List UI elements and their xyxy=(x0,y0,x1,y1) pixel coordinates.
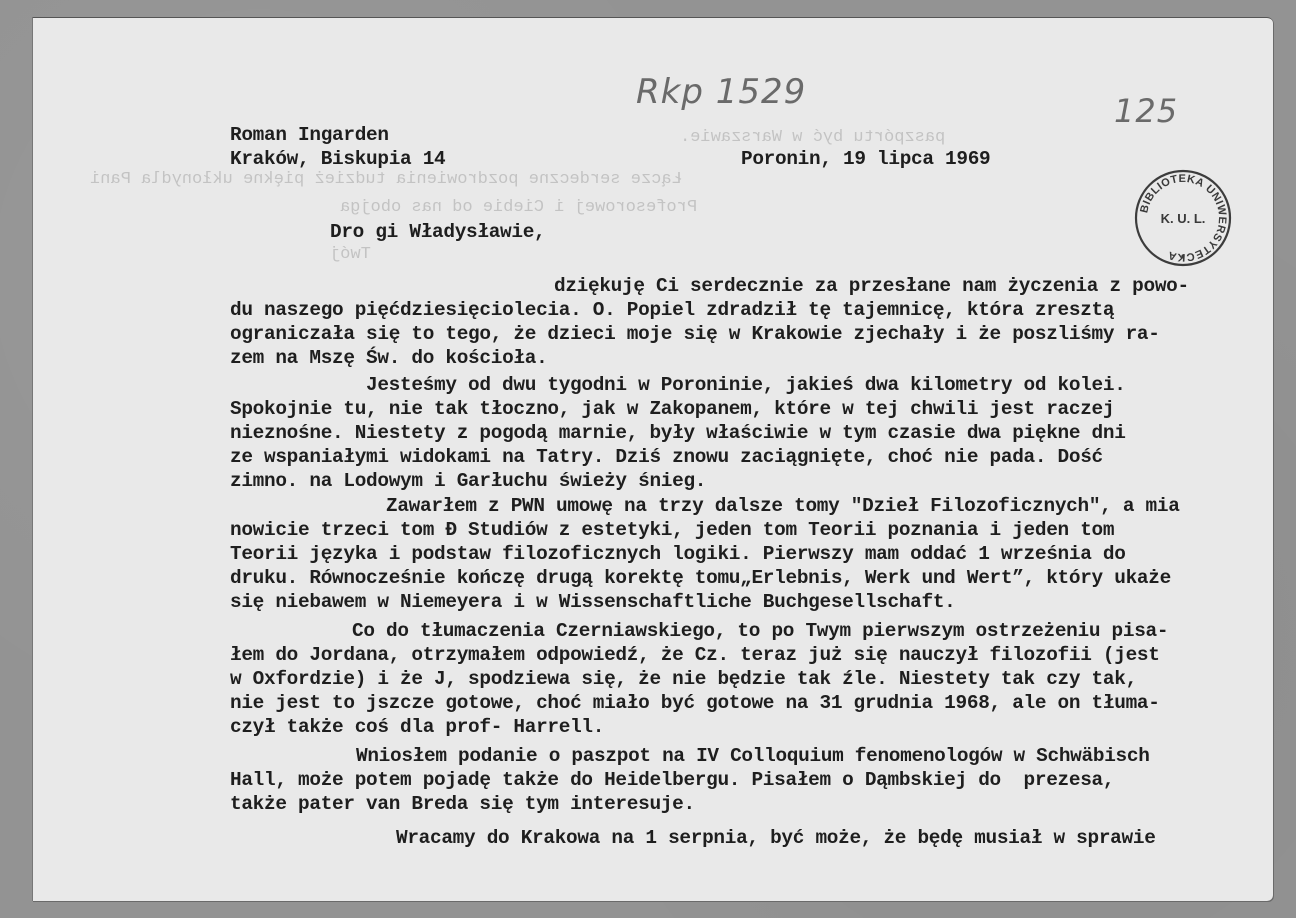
sender-address: Kraków, Biskupia 14 xyxy=(230,147,445,171)
body-line: nieznośne. Niestety z pogodą marnie, był… xyxy=(230,421,1126,445)
body-line: dziękuję Ci serdecznie za przesłane nam … xyxy=(554,274,1189,298)
bleed-through-line: Profesorowej i Ciebie od nas obojga xyxy=(340,198,697,217)
body-line: zimno. na Lodowym i Garłuchu świeży śnie… xyxy=(230,469,706,493)
body-line: nowicie trzeci tom Ð Studiów z estetyki,… xyxy=(230,518,1114,542)
stamp-seal-icon: BIBLIOTEKA UNIWERSYTECKA K. U. L. xyxy=(1133,168,1233,268)
body-line: nie jest to jszcze gotowe, choć miało by… xyxy=(230,691,1160,715)
archive-page-number: 125 xyxy=(1114,92,1178,130)
body-line: druku. Równocześnie kończę drugą korektę… xyxy=(230,566,1171,590)
body-line: Hall, może potem pojadę także do Heidelb… xyxy=(230,768,1114,792)
body-line: Jesteśmy od dwu tygodni w Poroninie, jak… xyxy=(366,373,1126,397)
place-date: Poronin, 19 lipca 1969 xyxy=(741,147,990,171)
body-line: Wniosłem podanie o paszpot na IV Colloqu… xyxy=(356,744,1150,768)
svg-text:K. U. L.: K. U. L. xyxy=(1161,211,1206,226)
bleed-through-line: Łącze serdeczne pozdrowienia tudzież pię… xyxy=(90,170,682,189)
body-line: w Oxfordzie) i że J, spodziewa się, że n… xyxy=(230,667,1137,691)
body-line: Zawarłem z PWN umowę na trzy dalsze tomy… xyxy=(386,494,1180,518)
body-line: także pater van Breda się tym interesuje… xyxy=(230,792,695,816)
salutation: Dro gi Władysławie, xyxy=(330,220,545,244)
body-line: czył także coś dla prof- Harrell. xyxy=(230,715,604,739)
bleed-through-line: Twój xyxy=(330,245,371,264)
body-line: Spokojnie tu, nie tak tłoczno, jak w Zak… xyxy=(230,397,1114,421)
body-line: ograniczała się to tego, że dzieci moje … xyxy=(230,322,1160,346)
body-line: du naszego pięćdziesięciolecia. O. Popie… xyxy=(230,298,1114,322)
archive-signature-code: Rkp 1529 xyxy=(636,72,806,112)
body-line: łem do Jordana, otrzymałem odpowiedź, że… xyxy=(230,643,1160,667)
body-line: Teorii języka i podstaw filozoficznych l… xyxy=(230,542,1126,566)
sender-name: Roman Ingarden xyxy=(230,123,389,147)
bleed-through-line: paszpórtu być w Warszawie. xyxy=(680,128,945,147)
body-line: zem na Mszę Św. do kościoła. xyxy=(230,346,547,370)
body-line: ze wspaniałymi widokami na Tatry. Dziś z… xyxy=(230,445,1103,469)
body-line: się niebawem w Niemeyera i w Wissenschaf… xyxy=(230,590,956,614)
body-line: Wracamy do Krakowa na 1 serpnia, być moż… xyxy=(396,826,1156,850)
body-line: Co do tłumaczenia Czerniawskiego, to po … xyxy=(352,619,1168,643)
library-stamp: BIBLIOTEKA UNIWERSYTECKA K. U. L. xyxy=(1133,168,1233,268)
